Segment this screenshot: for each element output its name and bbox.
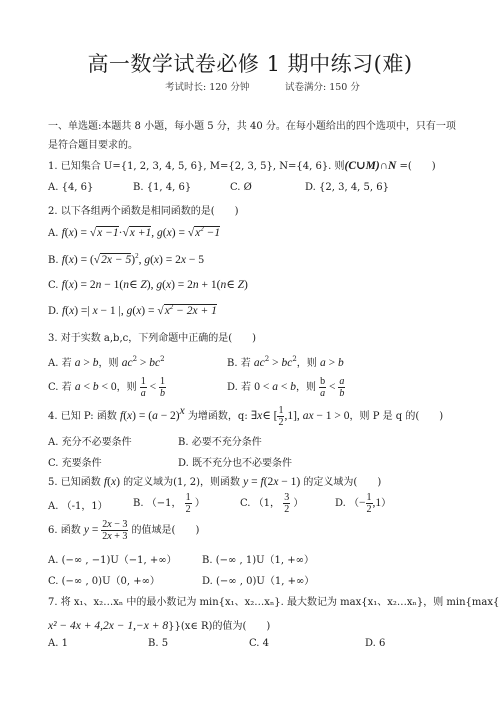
question-6-stem: 6. 函数 y = 2x − 32x + 3 的值域是( ) (48, 519, 199, 542)
q5-option-b[interactable]: B. （−1， 12 ） (133, 492, 205, 515)
q7-option-b[interactable]: B. 5 (148, 638, 168, 649)
question-1-expr: (C∪M)∩N (345, 160, 397, 172)
q2-option-c[interactable]: C. f(x) = 2n − 1(n∈ Z), g(x) = 2n + 1(n∈… (48, 277, 248, 291)
q6-option-d[interactable]: D. (−∞ , 0)U（1, +∞） (202, 572, 314, 587)
q3-option-c[interactable]: C. 若 a < b < 0，则 1a < 1b (48, 376, 166, 399)
q5-option-c[interactable]: C. （1， 32 ） (240, 492, 303, 515)
question-7-line2: x² − 4x + 4,2x − 1,−x + 8}}(x∈ R)的值为( ) (48, 617, 270, 632)
q5-option-d[interactable]: D. （−12,1） (335, 492, 391, 515)
question-2-stem: 2. 以下各组两个函数是相同函数的是( ) (48, 202, 239, 217)
full-score: 试卷满分: 150 分 (285, 79, 360, 93)
question-7-expr: x² − 4x + 4,2x − 1,−x + 8 (48, 620, 168, 632)
q4-option-c[interactable]: C. 充要条件 (48, 454, 102, 469)
q3-option-a[interactable]: A. 若 a > b，则 ac2 > bc2 (48, 354, 165, 369)
question-1-text: 1. 已知集合 U={1, 2, 3, 4, 5, 6}, M={2, 3, 5… (48, 161, 345, 172)
question-3-stem: 3. 对于实数 a,b,c，下列命题中正确的是( ) (48, 329, 256, 344)
q3-option-b[interactable]: B. 若 ac2 > bc2，则 a > b (227, 354, 344, 369)
question-1-blank: =( ) (396, 161, 435, 172)
q7-option-d[interactable]: D. 6 (365, 638, 385, 649)
q3-option-d[interactable]: D. 若 0 < a < b，则 ba < ab (227, 376, 345, 399)
q7-option-c[interactable]: C. 4 (249, 638, 269, 649)
question-7-line1: 7. 将 x₁、x₂…xₙ 中的最小数记为 min{x₁、x₂…xₙ}. 最大数… (48, 593, 499, 608)
page-title: 高一数学试卷必修 1 期中练习(难) (0, 48, 500, 78)
question-4-stem: 4. 已知 P: 函数 f(x) = (a − 2)x 为增函数，q: ∃x∈ … (48, 405, 443, 428)
q1-option-b[interactable]: B. {1, 4, 6} (133, 182, 191, 193)
q4-option-d[interactable]: D. 既不充分也不必要条件 (178, 454, 292, 469)
q7-option-a[interactable]: A. 1 (48, 638, 68, 649)
q2-option-b[interactable]: B. f(x) = (√2x − 5)2, g(x) = 2x − 5 (48, 252, 204, 266)
q6-option-b[interactable]: B. (−∞ , 1)U（1, +∞） (202, 551, 314, 566)
question-7-suffix: }}(x∈ R)的值为( ) (168, 621, 270, 632)
section-intro-line1: 一、单选题:本题共 8 小题，每小题 5 分，共 40 分。在每小题给出的四个选… (48, 117, 456, 132)
q1-option-a[interactable]: A. {4, 6} (48, 182, 93, 193)
exam-time: 考试时长: 120 分钟 (165, 79, 249, 93)
q2-option-d[interactable]: D. f(x) =| x − 1 |, g(x) = √x2 − 2x + 1 (48, 303, 217, 317)
q6-option-a[interactable]: A. (−∞ , −1)U（−1, +∞） (48, 551, 177, 566)
q1-option-d[interactable]: D. {2, 3, 4, 5, 6} (305, 182, 389, 193)
section-intro-line2: 是符合题目要求的。 (48, 136, 138, 151)
q6-option-c[interactable]: C. (−∞ , 0)U（0, +∞） (48, 572, 160, 587)
q1-option-c[interactable]: C. Ø (230, 182, 252, 193)
q2-option-a[interactable]: A. f(x) = √x −1·√x +1, g(x) = √x2 −1 (48, 225, 220, 239)
question-1-stem: 1. 已知集合 U={1, 2, 3, 4, 5, 6}, M={2, 3, 5… (48, 157, 436, 172)
q5-option-a[interactable]: A. （-1，1） (48, 497, 108, 512)
q4-option-b[interactable]: B. 必要不充分条件 (178, 433, 262, 448)
question-5-stem: 5. 已知函数 f(x) 的定义域为(1, 2)，则函数 y = f(2x − … (48, 473, 381, 488)
q4-option-a[interactable]: A. 充分不必要条件 (48, 433, 132, 448)
